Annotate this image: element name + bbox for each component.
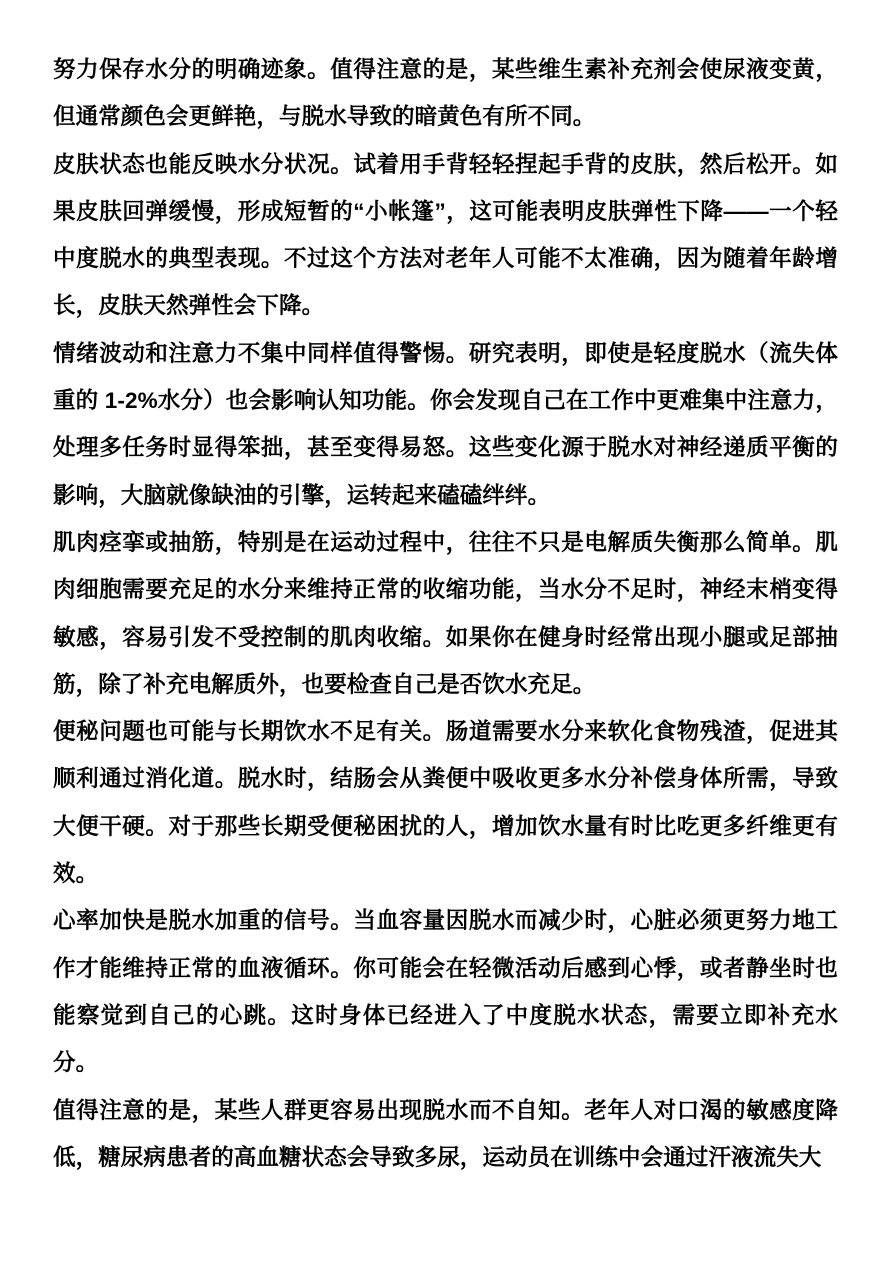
paragraph-heart-rate: 心率加快是脱水加重的信号。当血容量因脱水而减少时，心脏必须更努力地工作才能维持正… [53,897,838,1086]
document-page: 努力保存水分的明确迹象。值得注意的是，某些维生素补充剂会使尿液变黄，但通常颜色会… [0,0,893,1262]
paragraph-constipation: 便秘问题也可能与长期饮水不足有关。肠道需要水分来软化食物残渣，促进其顺利通过消化… [53,708,838,897]
paragraph-muscle-cramps: 肌肉痉挛或抽筋，特别是在运动过程中，往往不只是电解质失衡那么简单。肌肉细胞需要充… [53,519,838,708]
paragraph-mood-cognition: 情绪波动和注意力不集中同样值得警惕。研究表明，即使是轻度脱水（流失体重的 1-2… [53,330,838,519]
paragraph-skin-elasticity: 皮肤状态也能反映水分状况。试着用手背轻轻捏起手背的皮肤，然后松开。如果皮肤回弹缓… [53,141,838,330]
paragraph-urine-color: 努力保存水分的明确迹象。值得注意的是，某些维生素补充剂会使尿液变黄，但通常颜色会… [53,46,838,141]
paragraph-at-risk-groups: 值得注意的是，某些人群更容易出现脱水而不自知。老年人对口渴的敏感度降低，糖尿病患… [53,1087,838,1182]
